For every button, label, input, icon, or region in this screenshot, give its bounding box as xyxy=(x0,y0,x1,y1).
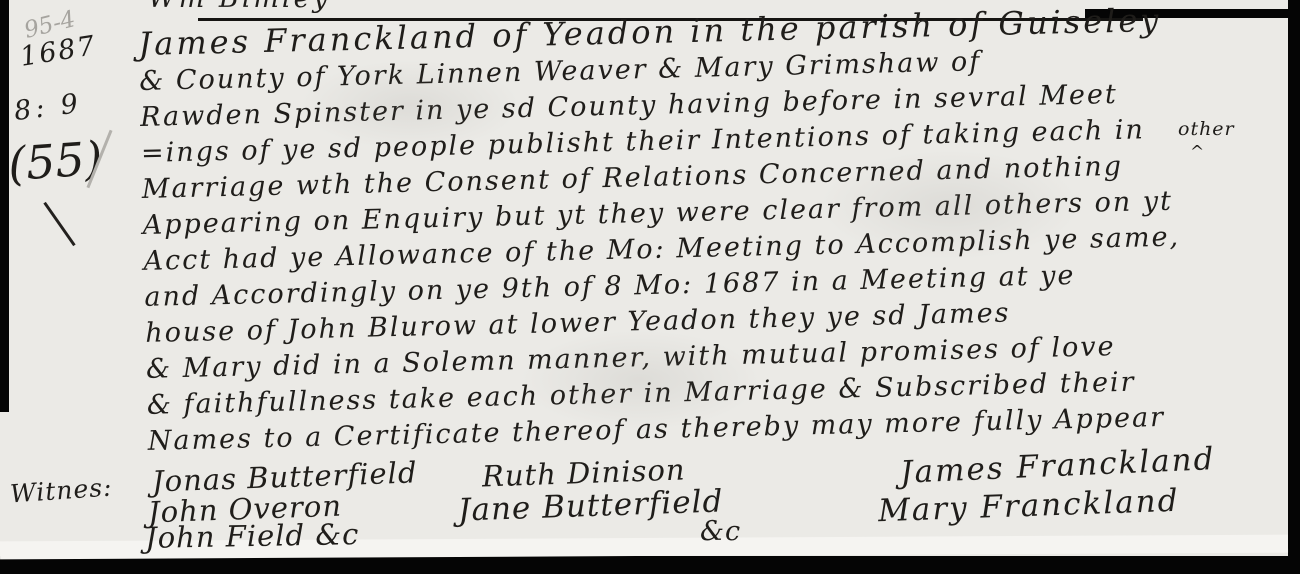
inserted-word-other: other xyxy=(1178,118,1235,140)
margin-date-code: 8: 9 xyxy=(12,88,83,127)
scan-edge-bottom xyxy=(0,556,1300,574)
scan-blotch xyxy=(300,60,520,150)
ink-slash-mark xyxy=(43,202,75,246)
insertion-caret-mark: ^ xyxy=(1190,142,1204,162)
scan-blotch xyxy=(820,150,1080,260)
cutoff-header-fragment: Wm Bimley xyxy=(148,0,488,15)
witness-label: Witnes: xyxy=(9,472,113,508)
scanned-register-page: Wm Bimley 95-4 1687 8: 9 (55) Witnes: Ja… xyxy=(0,0,1300,574)
witness-signature: John Field &c xyxy=(145,517,360,555)
scan-blotch xyxy=(520,330,760,430)
witness-signature-etc: &c xyxy=(700,516,741,547)
scan-edge-left xyxy=(0,0,9,412)
cutoff-header-text: Wm Bimley xyxy=(148,0,331,14)
